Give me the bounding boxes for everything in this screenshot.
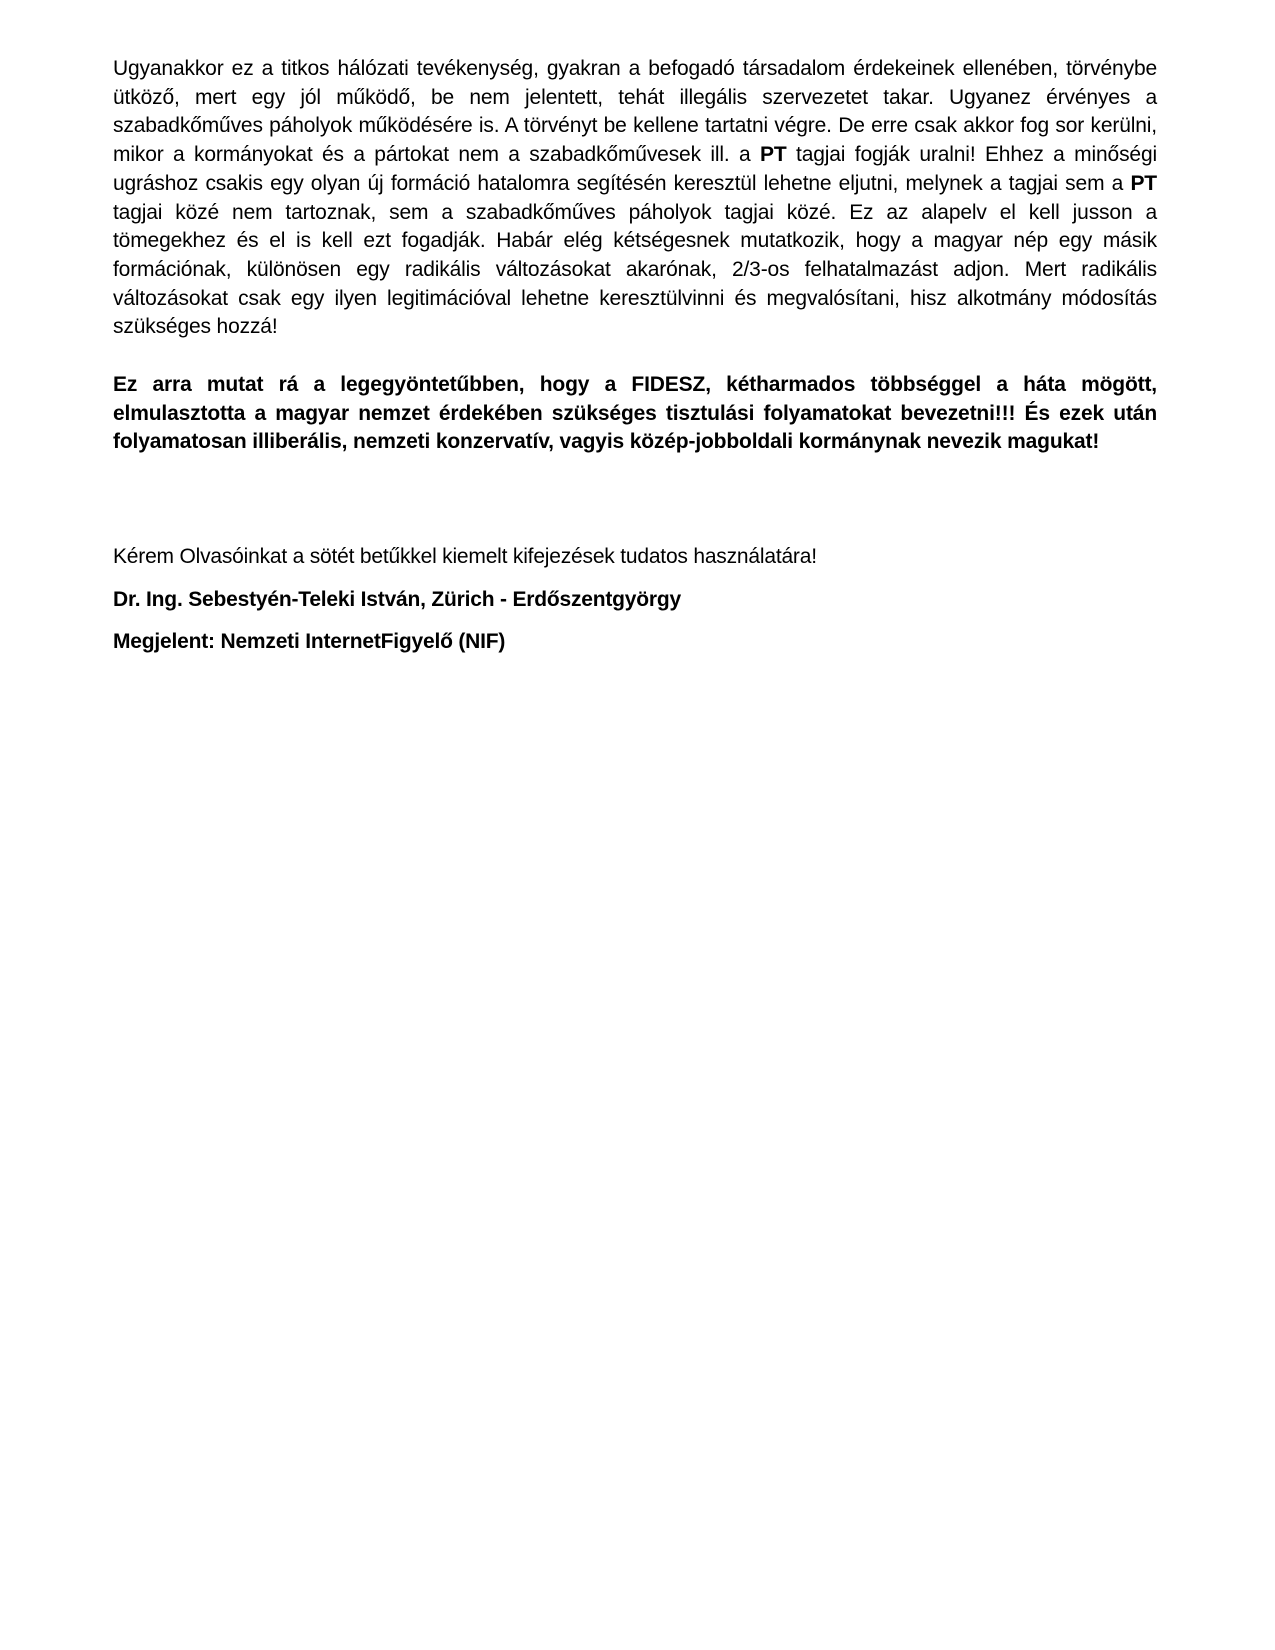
- author-signature: Dr. Ing. Sebestyén-Teleki István, Zürich…: [113, 586, 1157, 614]
- document-page: Ugyanakkor ez a titkos hálózati tevékeny…: [113, 55, 1157, 671]
- publication-note: Megjelent: Nemzeti InternetFigyelő (NIF): [113, 628, 1157, 656]
- body-paragraph-2-bold: Ez arra mutat rá a legegyöntetűbben, hog…: [113, 371, 1157, 457]
- paragraph-1-text-c: tagjai közé nem tartoznak, sem a szabadk…: [113, 201, 1157, 339]
- pt-emphasis: PT: [1130, 172, 1157, 195]
- pt-emphasis: PT: [760, 143, 787, 166]
- spacer: [113, 457, 1157, 543]
- body-paragraph-1: Ugyanakkor ez a titkos hálózati tevékeny…: [113, 55, 1157, 342]
- reader-note: Kérem Olvasóinkat a sötét betűkkel kieme…: [113, 543, 1157, 571]
